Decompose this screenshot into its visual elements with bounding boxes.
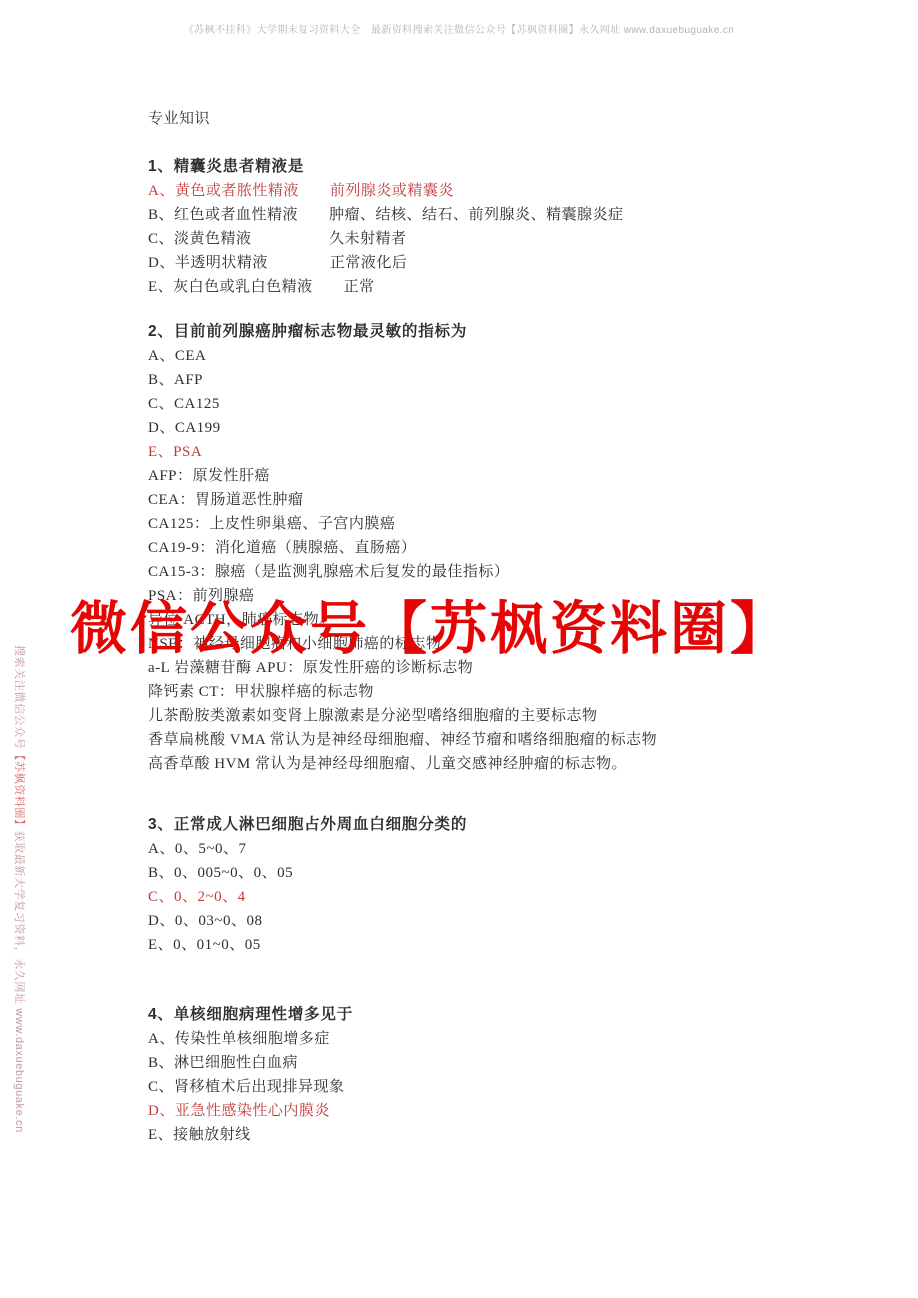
question-2-note-ca19-9: CA19-9：消化道癌（胰腺癌、直肠癌） — [148, 536, 788, 560]
question-4-option-d: D、亚急性感染性心内膜炎 — [148, 1099, 788, 1123]
question-1-option-c: C、淡黄色精液 久未射精者 — [148, 227, 788, 251]
question-2-option-c: C、CA125 — [148, 392, 788, 416]
question-2-title: 2、目前前列腺癌肿瘤标志物最灵敏的指标为 — [148, 320, 788, 344]
question-1-option-e: E、灰白色或乳白色精液 正常 — [148, 275, 788, 299]
question-4-option-c: C、肾移植术后出现排异现象 — [148, 1075, 788, 1099]
page-header-note: 《苏枫不挂科》大学期末复习资料大全 最新资料搜索关注微信公众号【苏枫资料圈】永久… — [0, 21, 918, 36]
watermark-overlay: 微信公众号【苏枫资料圈】 — [70, 596, 790, 662]
question-2-option-a: A、CEA — [148, 344, 788, 368]
sidebar-note-pre: 搜索关注微信公众号 — [13, 645, 25, 749]
question-3-option-a: A、0、5~0、7 — [148, 837, 788, 861]
document-page: 《苏枫不挂科》大学期末复习资料大全 最新资料搜索关注微信公众号【苏枫资料圈】永久… — [0, 0, 918, 1298]
question-1-title: 1、精囊炎患者精液是 — [148, 155, 788, 179]
question-2-note-ca15-3: CA15-3：腺癌（是监测乳腺癌术后复发的最佳指标） — [148, 560, 788, 584]
question-1-option-d: D、半透明状精液 正常液化后 — [148, 251, 788, 275]
question-1-option-b: B、红色或者血性精液 肿瘤、结核、结石、前列腺炎、精囊腺炎症 — [148, 203, 788, 227]
question-2: 2、目前前列腺癌肿瘤标志物最灵敏的指标为 A、CEA B、AFP C、CA125… — [148, 320, 788, 776]
question-3-option-d: D、0、03~0、08 — [148, 909, 788, 933]
question-4: 4、单核细胞病理性增多见于 A、传染性单核细胞增多症 B、淋巴细胞性白血病 C、… — [148, 1003, 788, 1147]
question-4-option-a: A、传染性单核细胞增多症 — [148, 1027, 788, 1051]
question-2-note-afp: AFP：原发性肝癌 — [148, 464, 788, 488]
question-4-option-b: B、淋巴细胞性白血病 — [148, 1051, 788, 1075]
question-2-note-ct: 降钙素 CT：甲状腺样癌的标志物 — [148, 680, 788, 704]
question-3-option-c: C、0、2~0、4 — [148, 885, 788, 909]
question-4-title: 4、单核细胞病理性增多见于 — [148, 1003, 788, 1027]
question-3-title: 3、正常成人淋巴细胞占外周血白细胞分类的 — [148, 813, 788, 837]
question-2-note-catecholamine: 儿茶酚胺类激素如变肾上腺激素是分泌型嗜络细胞瘤的主要标志物 — [148, 704, 788, 728]
question-1: 1、精囊炎患者精液是 A、黄色或者脓性精液 前列腺炎或精囊炎 B、红色或者血性精… — [148, 155, 788, 299]
section-title: 专业知识 — [148, 107, 788, 131]
question-2-option-e: E、PSA — [148, 440, 788, 464]
question-2-option-d: D、CA199 — [148, 416, 788, 440]
question-2-note-hvm: 高香草酸 HVM 常认为是神经母细胞瘤、儿童交感神经肿瘤的标志物。 — [148, 752, 788, 776]
question-2-option-b: B、AFP — [148, 368, 788, 392]
question-1-option-a: A、黄色或者脓性精液 前列腺炎或精囊炎 — [148, 179, 788, 203]
question-2-note-ca125: CA125：上皮性卵巢癌、子宫内膜癌 — [148, 512, 788, 536]
sidebar-note-post: 获取最新大学复习资料，永久网址 www.daxuebuguake.cn — [13, 831, 25, 1133]
sidebar-note-highlight: 【苏枫资料圈】 — [13, 749, 25, 830]
question-2-note-vma: 香草扁桃酸 VMA 常认为是神经母细胞瘤、神经节瘤和嗜络细胞瘤的标志物 — [148, 728, 788, 752]
sidebar-vertical-note: 搜索关注微信公众号【苏枫资料圈】获取最新大学复习资料，永久网址 www.daxu… — [12, 645, 28, 1133]
question-3-option-e: E、0、01~0、05 — [148, 933, 788, 957]
question-3: 3、正常成人淋巴细胞占外周血白细胞分类的 A、0、5~0、7 B、0、005~0… — [148, 813, 788, 957]
question-4-option-e: E、接触放射线 — [148, 1123, 788, 1147]
question-2-note-cea: CEA：胃肠道恶性肿瘤 — [148, 488, 788, 512]
question-3-option-b: B、0、005~0、0、05 — [148, 861, 788, 885]
